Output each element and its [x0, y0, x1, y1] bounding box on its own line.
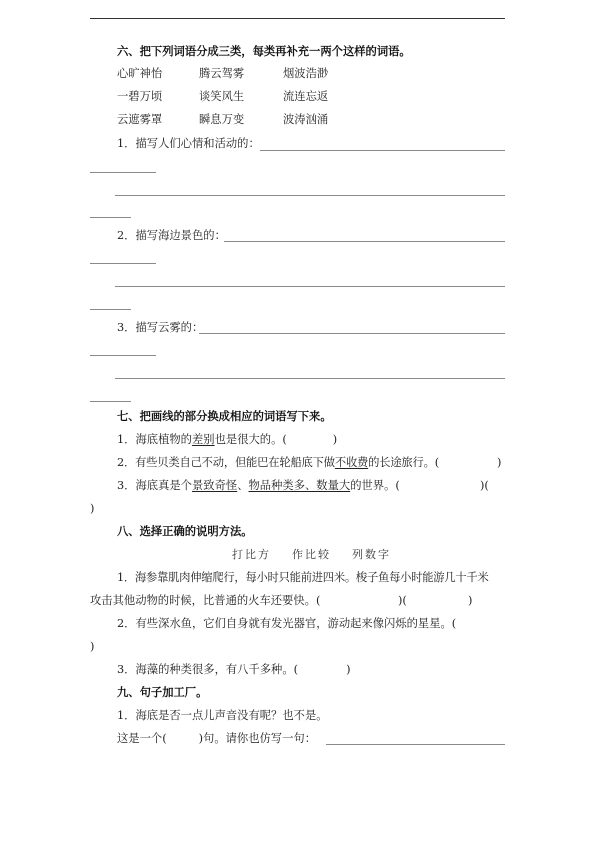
section-6-item-3-label: 3．描写云雾的：: [117, 321, 203, 335]
section-8-title: 八、选择正确的说明方法。: [117, 525, 253, 539]
underlined-phrase: 景致奇怪: [192, 479, 237, 492]
text: )句。请你也仿写一句：: [199, 732, 316, 745]
answer-line[interactable]: [90, 401, 131, 402]
section-7-item-3-mid: )(: [480, 479, 489, 493]
section-9-item-1b: 这是一个()句。请你也仿写一句：: [117, 732, 316, 746]
word-item: 谈笑风生: [199, 90, 244, 104]
text: 的长途旅行。(: [368, 456, 439, 469]
answer-line[interactable]: [326, 744, 505, 745]
section-6-item-2-label: 2．描写海边景色的：: [117, 229, 226, 243]
section-8-item-3: 3．海藻的种类很多，有八千多种。(): [117, 663, 350, 677]
section-6-title: 六、把下列词语分成三类，每类再补充一两个这样的词语。: [117, 45, 411, 59]
header-rule: [90, 18, 505, 19]
answer-line[interactable]: [115, 378, 505, 379]
method-option: 打比方: [232, 548, 271, 562]
text: 的世界。(: [350, 479, 400, 492]
answer-line[interactable]: [90, 263, 156, 264]
text: 2．有些贝类自己不动，但能巴在轮船底下做: [117, 456, 335, 469]
text: 3．海藻的种类很多，有八千多种。(: [117, 663, 298, 676]
section-9-item-1: 1．海底是否一点儿声音没有呢？也不是。: [117, 709, 328, 723]
underlined-phrase: 不收费: [335, 456, 368, 469]
word-item: 云遮雾罩: [117, 113, 162, 127]
section-7-item-1: 1．海底植物的差别也是很大的。(): [117, 433, 337, 447]
answer-line[interactable]: [199, 333, 505, 334]
answer-blank[interactable]: [412, 479, 480, 493]
word-item: 流连忘返: [283, 90, 328, 104]
word-item: 一碧万顷: [117, 90, 162, 104]
text: 、: [237, 479, 248, 492]
worksheet-page: 六、把下列词语分成三类，每类再补充一两个这样的词语。 心旷神怡 腾云驾雾 烟波浩…: [0, 0, 596, 842]
underlined-phrase: 差别: [192, 433, 215, 446]
answer-blank[interactable]: [338, 594, 398, 608]
section-7-item-2-close: ): [497, 456, 501, 470]
section-8-item-2: 2．有些深水鱼，它们自身就有发光器官，游动起来像闪烁的星星。(: [117, 617, 456, 631]
answer-line[interactable]: [90, 172, 156, 173]
answer-line[interactable]: [90, 217, 131, 218]
section-7-title: 七、把画线的部分换成相应的词语写下来。: [117, 410, 332, 424]
section-8-item-2-close: ): [90, 640, 94, 654]
answer-line[interactable]: [115, 286, 505, 287]
word-item: 腾云驾雾: [199, 67, 244, 81]
section-8-item-1-line-2: 攻击其他动物的时候，比普通的火车还要快。(: [90, 594, 320, 608]
answer-line[interactable]: [90, 355, 156, 356]
answer-line[interactable]: [90, 309, 131, 310]
underlined-phrase: 物品种类多、数量大: [249, 479, 351, 492]
text: ): [346, 663, 350, 676]
text: 也是很大的。(: [215, 433, 287, 446]
section-9-title: 九、句子加工厂。: [117, 686, 207, 700]
answer-blank[interactable]: [412, 594, 467, 608]
method-option: 作比较: [292, 548, 331, 562]
section-6-item-1-label: 1．描写人们心情和活动的：: [117, 137, 260, 151]
section-8-item-1-line-1: 1．海参靠肌肉伸缩爬行，每小时只能前进四米。梭子鱼每小时能游几十千米: [117, 571, 489, 585]
word-item: 瞬息万变: [199, 113, 244, 127]
answer-line[interactable]: [115, 195, 505, 196]
section-7-item-3: 3．海底真是个景致奇怪、物品种类多、数量大的世界。(: [117, 479, 400, 493]
section-8-item-1-mid: )(: [398, 594, 407, 608]
word-item: 心旷神怡: [117, 67, 162, 81]
text: 3．海底真是个: [117, 479, 192, 492]
method-option: 列数字: [352, 548, 391, 562]
section-7-item-3-close: ): [90, 502, 94, 516]
text: ): [333, 433, 337, 446]
answer-line[interactable]: [260, 150, 505, 151]
answer-blank[interactable]: [455, 456, 495, 470]
text: 这是一个(: [117, 732, 167, 745]
word-item: 波涛汹涌: [283, 113, 328, 127]
section-8-item-1-close: ): [468, 594, 472, 608]
word-item: 烟波浩渺: [283, 67, 328, 81]
answer-line[interactable]: [224, 241, 505, 242]
text: 1．海底植物的: [117, 433, 192, 446]
section-7-item-2: 2．有些贝类自己不动，但能巴在轮船底下做不收费的长途旅行。(: [117, 456, 439, 470]
